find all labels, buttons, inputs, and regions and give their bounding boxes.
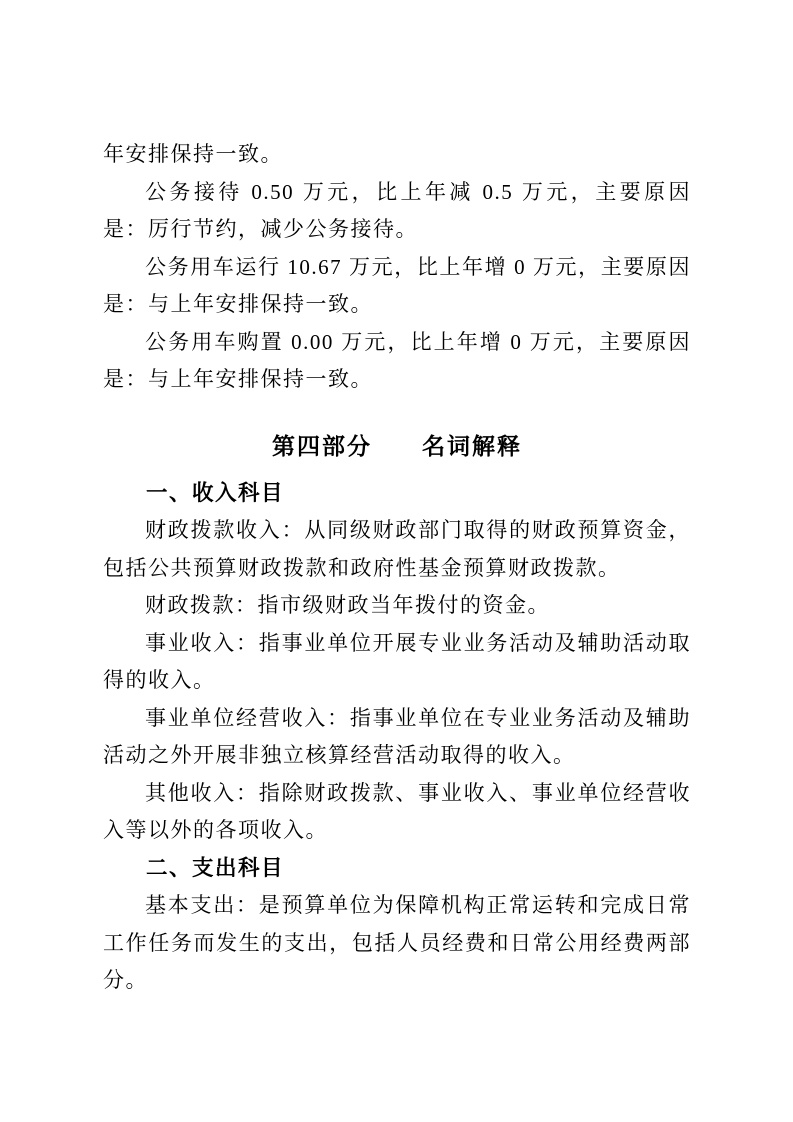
body-paragraph-institution-income: 事业收入：指事业单位开展专业业务活动及辅助活动取得的收入。	[103, 625, 691, 700]
body-paragraph-continuation: 年安排保持一致。	[103, 136, 691, 174]
body-paragraph-fiscal-appropriation: 财政拨款：指市级财政当年拨付的资金。	[103, 587, 691, 625]
document-page: 年安排保持一致。 公务接待 0.50 万元，比上年减 0.5 万元，主要原因是：…	[0, 0, 793, 1122]
body-paragraph-vehicle-operation: 公务用车运行 10.67 万元，比上年增 0 万元，主要原因是：与上年安排保持一…	[103, 249, 691, 324]
body-paragraph-basic-expenditure: 基本支出：是预算单位为保障机构正常运转和完成日常工作任务而发生的支出，包括人员经…	[103, 887, 691, 1000]
part-heading: 第四部分 名词解释	[103, 427, 691, 466]
body-paragraph-other-income: 其他收入：指除财政拨款、事业收入、事业单位经营收入等以外的各项收入。	[103, 775, 691, 850]
body-paragraph-institution-operating-income: 事业单位经营收入：指事业单位在专业业务活动及辅助活动之外开展非独立核算经营活动取…	[103, 700, 691, 775]
body-paragraph-fiscal-appropriation-income: 财政拨款收入：从同级财政部门取得的财政预算资金，包括公共预算财政拨款和政府性基金…	[103, 512, 691, 587]
body-paragraph-official-reception: 公务接待 0.50 万元，比上年减 0.5 万元，主要原因是：厉行节约，减少公务…	[103, 174, 691, 249]
section-heading-income: 一、收入科目	[103, 475, 691, 513]
body-paragraph-vehicle-purchase: 公务用车购置 0.00 万元，比上年增 0 万元，主要原因是：与上年安排保持一致…	[103, 324, 691, 399]
section-heading-expenditure: 二、支出科目	[103, 850, 691, 888]
